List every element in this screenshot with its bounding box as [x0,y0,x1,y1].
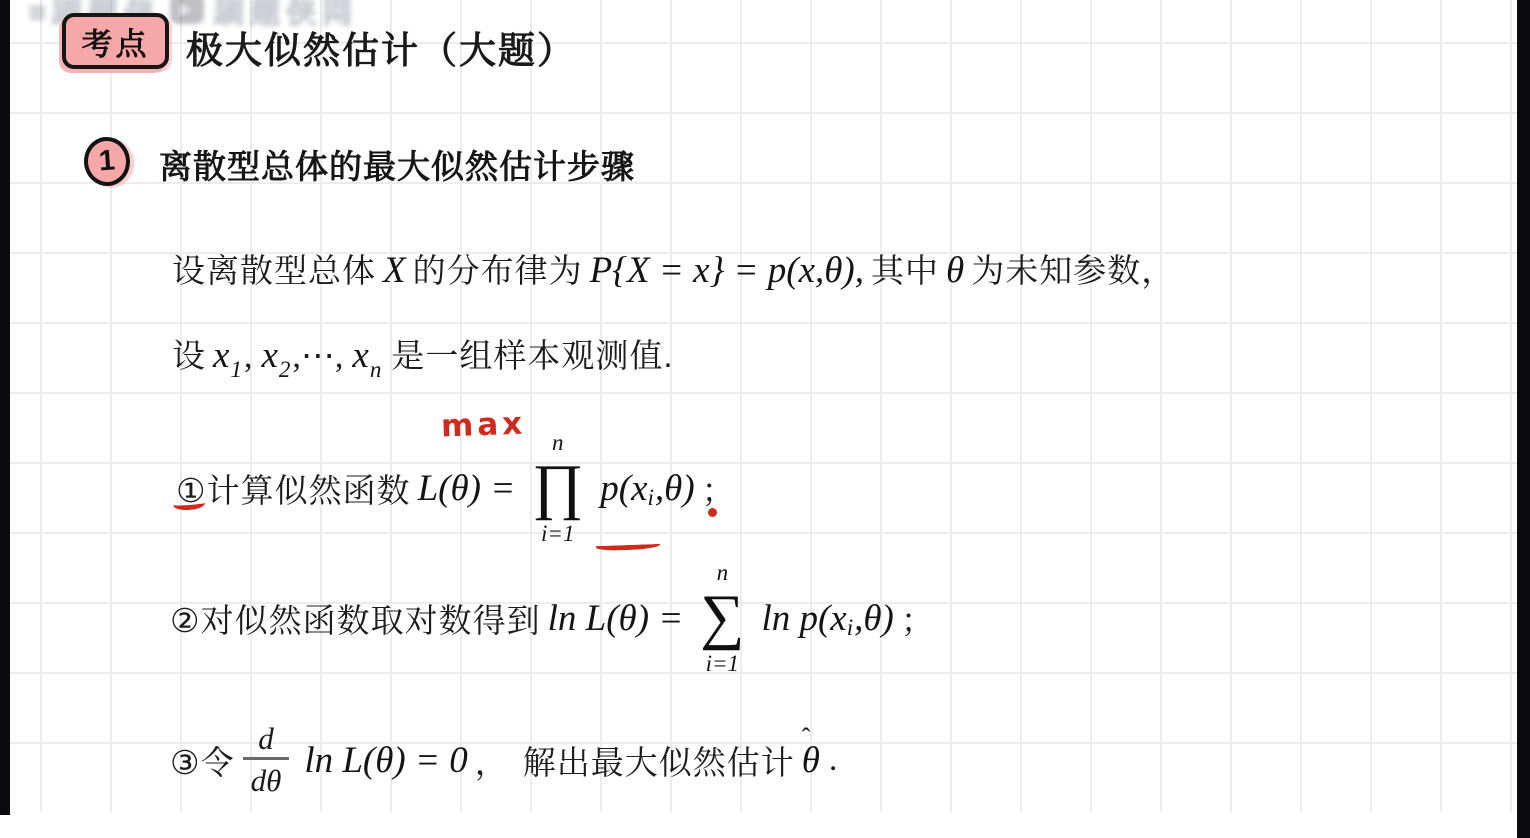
step-2-formula: ②对似然函数取对数得到 ln L(θ) = n ∑ i=1 ln p(x i ,… [170,559,935,677]
math-comma: , [242,338,255,376]
text-segment: 设离散型总体 [172,245,376,292]
math-lhs: L(θ) = [411,467,523,510]
step-1-label: ①计算似然函数 [176,465,411,512]
math-subscript: i [847,615,853,641]
red-dot-mark [708,508,717,517]
math-rhs: ln p(x [754,597,846,640]
math-subscript: 1 [230,357,242,383]
math-rhs: p(x [593,467,647,510]
math-X: X [376,249,413,292]
setup-line-1: 设离散型总体 X 的分布律为 P{X = x} = p(x,θ), 其中 θ 为… [172,245,1175,292]
punctuation: ； [702,465,736,512]
step-1-formula: ①计算似然函数 L(θ) = n ∏ i=1 p(x i ,θ) ； [176,429,736,547]
math-lhs: ln L(θ) = [541,597,691,640]
math-subscript: n [370,357,382,383]
derivative-fraction: d dθ [243,721,290,799]
limit-lower: i=1 [541,521,574,546]
product-symbol: ∏ [532,455,583,520]
math-ellipsis: ,⋯, [290,336,345,376]
text-segment: 其中 [871,245,939,292]
math-theta: θ [939,249,971,292]
setup-line-2: 设 x 1 , x 2 ,⋯, x n 是一组样本观测值. [172,330,673,377]
letterbox-left-bar [0,0,10,815]
text-segment: 为未知参数， [971,245,1175,292]
fraction-denominator: dθ [243,757,290,799]
math-subscript: 2 [279,357,291,383]
math-x: x [254,334,278,377]
math-rhs: ,θ) [654,467,702,510]
theta-hat: ˆ θ [795,739,827,782]
math-rhs: ,θ) [853,597,901,640]
sum-operator: n ∑ i=1 [700,560,744,676]
math-x: x [345,334,369,377]
math-equation: ln L(θ) = 0 [297,739,474,782]
product-operator: n ∏ i=1 [532,430,583,546]
section-heading: 离散型总体的最大似然估计步骤 [159,141,635,188]
fraction-numerator: d [246,721,286,757]
text-segment: 设 [172,330,206,377]
grid-background [0,0,1530,812]
limit-lower: i=1 [706,651,739,676]
math-subscript: i [648,485,654,511]
exam-point-badge: 考点 [62,13,169,69]
text-segment: 是一组样本观测值. [391,330,673,377]
math-distribution: P{X = x} = p(x,θ), [583,249,871,292]
period: . [827,741,840,779]
step-2-label: ②对似然函数取对数得到 [170,595,541,642]
text-segment: 解出最大似然估计 [523,737,795,784]
limit-upper: n [552,430,564,455]
letterbox-right-bar [1517,0,1530,838]
hat-accent: ˆ [802,723,811,753]
text-segment: 的分布律为 [413,245,583,292]
step-3-label: ③令 [170,737,235,784]
step-3-formula: ③令 d dθ ln L(θ) = 0 ， 解出最大似然估计 ˆ θ . [170,712,839,808]
punctuation: ； [901,595,935,642]
lecture-slide: ≡刷题侠 ▶ 刷题侠网 考点 极大似然估计（大题） 1 离散型总体的最大似然估计… [0,0,1530,838]
math-x: x [206,334,230,377]
page-title: 极大似然估计（大题） [186,20,576,74]
sum-symbol: ∑ [700,585,744,650]
punctuation: ， [475,737,509,784]
limit-upper: n [717,560,729,585]
